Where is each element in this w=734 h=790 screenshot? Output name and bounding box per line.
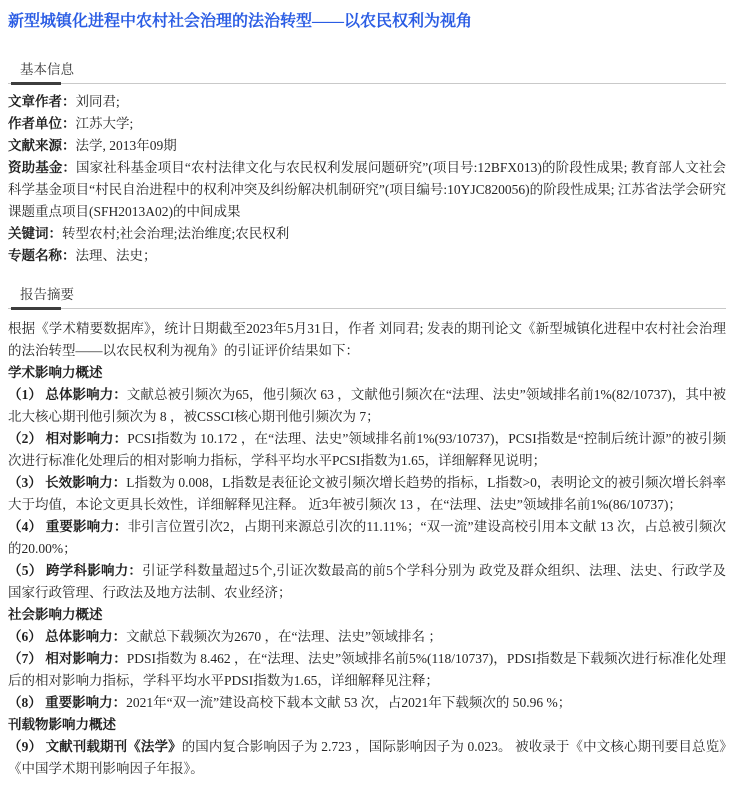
field-author-affiliation: 作者单位：江苏大学;	[8, 113, 726, 135]
heading-social-impact: 社会影响力概述	[8, 604, 726, 626]
heading-journal-impact: 刊载物影响力概述	[8, 714, 726, 736]
item-lead: （8） 重要影响力：	[8, 695, 126, 710]
summary-intro: 根据《学术精要数据库》，统计日期截至2023年5月31日，作者 刘同君; 发表的…	[8, 318, 726, 362]
basic-info-section: 文章作者：刘同君; 作者单位：江苏大学; 文献来源：法学, 2013年09期 资…	[8, 84, 726, 267]
summary-item-9: （9） 文献刊载期刊《法学》的国内复合影响因子为 2.723 ，国际影响因子为 …	[8, 736, 726, 780]
summary-item-4: （4） 重要影响力：非引言位置引次2，占期刊来源总引次的11.11%；“双一流”…	[8, 516, 726, 560]
item-lead: （1） 总体影响力：	[8, 387, 127, 402]
item-lead: （9） 文献刊载期刊《法学》	[8, 739, 182, 754]
item-lead: （7） 相对影响力：	[8, 651, 127, 666]
item-lead: （2） 相对影响力：	[8, 431, 127, 446]
basic-info-tabbar: 基本信息	[8, 60, 726, 84]
field-label: 专题名称：	[8, 248, 76, 263]
tab-basic-info[interactable]: 基本信息	[8, 60, 74, 80]
field-keywords: 关键词：转型农村;社会治理;法治维度;农民权利	[8, 223, 726, 245]
field-source: 文献来源：法学, 2013年09期	[8, 135, 726, 157]
field-article-author: 文章作者：刘同君;	[8, 91, 726, 113]
item-text: 文献总下载频次为2670 ，在“法理、法史”领域排名 ；	[126, 629, 442, 644]
field-funding: 资助基金：国家社科基金项目“农村法律文化与农民权利发展问题研究”(项目号:12B…	[8, 157, 726, 223]
item-text: 2021年“双一流”建设高校下载本文献 53 次，占2021年下载频次的 50.…	[126, 695, 571, 710]
field-label: 作者单位：	[8, 116, 76, 131]
item-lead: （4） 重要影响力：	[8, 519, 128, 534]
item-lead: （5） 跨学科影响力：	[8, 563, 142, 578]
field-topic-name: 专题名称：法理、法史；	[8, 245, 726, 267]
page-title: 新型城镇化进程中农村社会治理的法治转型——以农民权利为视角	[8, 12, 726, 32]
summary-item-8: （8） 重要影响力：2021年“双一流”建设高校下载本文献 53 次，占2021…	[8, 692, 726, 714]
field-value: 转型农村;社会治理;法治维度;农民权利	[62, 226, 289, 241]
field-label: 文章作者：	[8, 94, 76, 109]
field-value: 江苏大学;	[76, 116, 134, 131]
item-lead: （3） 长效影响力：	[8, 475, 126, 490]
report-summary-section: 根据《学术精要数据库》，统计日期截至2023年5月31日，作者 刘同君; 发表的…	[8, 309, 726, 780]
field-label: 文献来源：	[8, 138, 76, 153]
item-lead: （6） 总体影响力：	[8, 629, 126, 644]
summary-item-7: （7） 相对影响力：PDSI指数为 8.462 ，在“法理、法史”领域排名前5%…	[8, 648, 726, 692]
report-summary-tabbar: 报告摘要	[8, 285, 726, 309]
summary-item-5: （5） 跨学科影响力：引证学科数量超过5个,引证次数最高的前5个学科分别为 政党…	[8, 560, 726, 604]
field-value: 刘同君;	[76, 94, 120, 109]
heading-academic-impact: 学术影响力概述	[8, 362, 726, 384]
field-value: 法理、法史；	[76, 248, 157, 263]
summary-item-3: （3） 长效影响力：L指数为 0.008，L指数是表征论文被引频次增长趋势的指标…	[8, 472, 726, 516]
field-value: 国家社科基金项目“农村法律文化与农民权利发展问题研究”(项目号:12BFX013…	[8, 160, 726, 219]
summary-item-6: （6） 总体影响力：文献总下载频次为2670 ，在“法理、法史”领域排名 ；	[8, 626, 726, 648]
summary-item-1: （1） 总体影响力：文献总被引频次为65，他引频次 63 ，文献他引频次在“法理…	[8, 384, 726, 428]
summary-item-2: （2） 相对影响力：PCSI指数为 10.172 ，在“法理、法史”领域排名前1…	[8, 428, 726, 472]
report-page: 新型城镇化进程中农村社会治理的法治转型——以农民权利为视角 基本信息 文章作者：…	[0, 0, 734, 790]
field-value: 法学, 2013年09期	[76, 138, 177, 153]
field-label: 资助基金：	[8, 160, 76, 175]
field-label: 关键词：	[8, 226, 62, 241]
tab-report-summary[interactable]: 报告摘要	[8, 285, 74, 305]
